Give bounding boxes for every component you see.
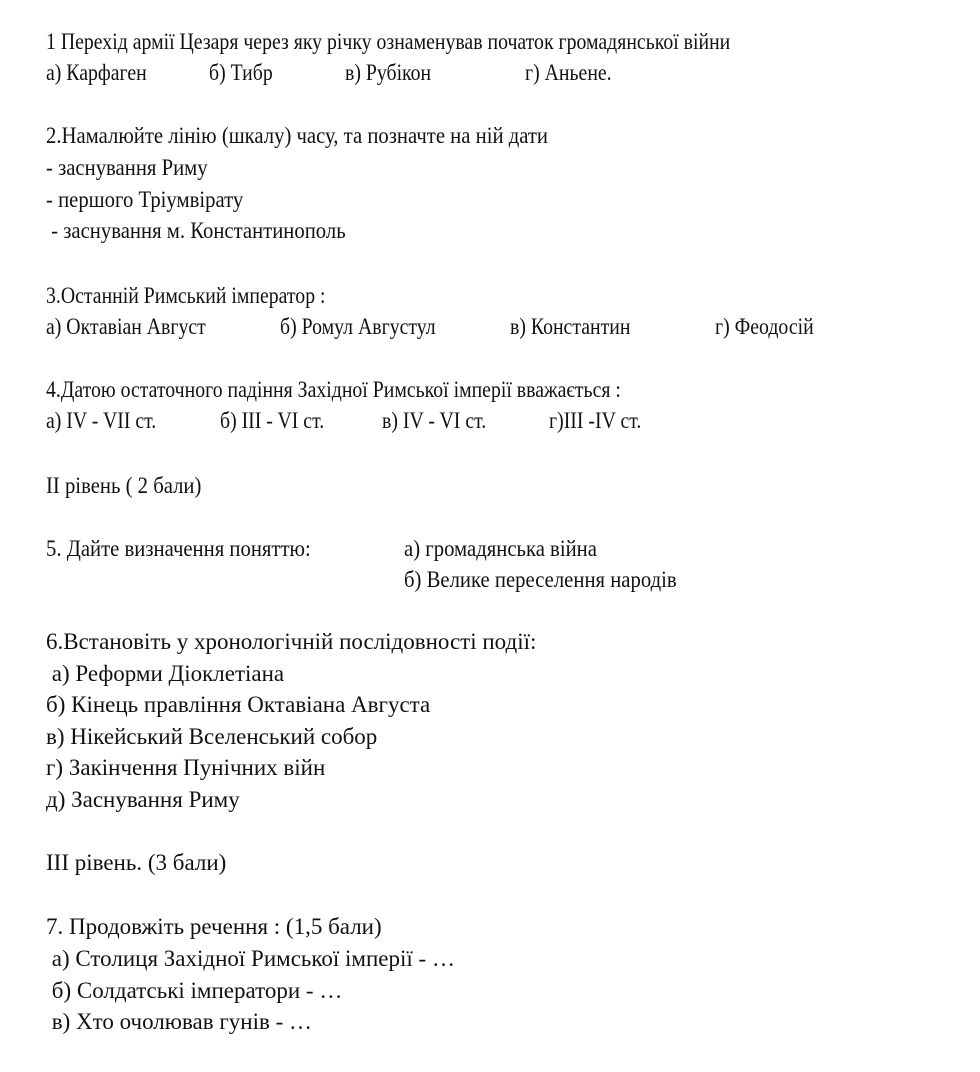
- question-7-text: 7. Продовжіть речення : (1,5 бали): [46, 913, 382, 941]
- question-3-text: 3.Останній Римський імператор :: [46, 282, 326, 310]
- level-3-heading: III рівень. (3 бали): [46, 849, 226, 877]
- question-4-text: 4.Датою остаточного падіння Західної Рим…: [46, 376, 621, 404]
- question-2-item: - заснування м. Константинополь: [46, 217, 346, 245]
- question-4-option-c: в) IV - VI ст.: [382, 407, 486, 435]
- question-2-item: - першого Тріумвірату: [46, 186, 243, 214]
- question-4-option-b: б) III - VI ст.: [220, 407, 324, 435]
- question-1-text: 1 Перехід армії Цезаря через яку річку о…: [46, 28, 730, 56]
- question-6-item: в) Нікейський Вселенський собор: [46, 723, 377, 751]
- question-6-item: д) Заснування Риму: [46, 786, 240, 814]
- question-5-item-a: а) громадянська війна: [404, 535, 597, 563]
- question-7-item: в) Хто очолював гунів - …: [46, 1008, 312, 1036]
- question-7-item: б) Солдатські імператори - …: [46, 977, 342, 1005]
- question-6-item: б) Кінець правління Октавіана Августа: [46, 691, 430, 719]
- question-7-item: а) Столиця Західної Римської імперії - …: [46, 945, 455, 973]
- question-3-option-d: г) Феодосій: [715, 313, 814, 341]
- question-6-item: г) Закінчення Пунічних війн: [46, 754, 325, 782]
- question-1-option-a: а) Карфаген: [46, 59, 147, 87]
- question-3-option-b: б) Ромул Августул: [280, 313, 436, 341]
- question-4-option-d: г)III -IV ст.: [549, 407, 641, 435]
- question-5-item-b: б) Велике переселення народів: [404, 566, 677, 594]
- question-1-option-b: б) Тибр: [209, 59, 273, 87]
- question-1-option-c: в) Рубікон: [345, 59, 431, 87]
- question-2-text: 2.Намалюйте лінію (шкалу) часу, та позна…: [46, 122, 548, 150]
- level-2-heading: II рівень ( 2 бали): [46, 472, 201, 500]
- question-6-text: 6.Встановіть у хронологічній послідовнос…: [46, 628, 536, 656]
- question-3-option-c: в) Константин: [510, 313, 630, 341]
- question-1-option-d: г) Аньене.: [525, 59, 612, 87]
- question-6-item: а) Реформи Діоклетіана: [46, 660, 284, 688]
- question-2-item: - заснування Риму: [46, 154, 208, 182]
- question-3-option-a: а) Октавіан Август: [46, 313, 206, 341]
- question-4-option-a: а) IV - VII ст.: [46, 407, 156, 435]
- question-5-text: 5. Дайте визначення поняттю:: [46, 535, 311, 563]
